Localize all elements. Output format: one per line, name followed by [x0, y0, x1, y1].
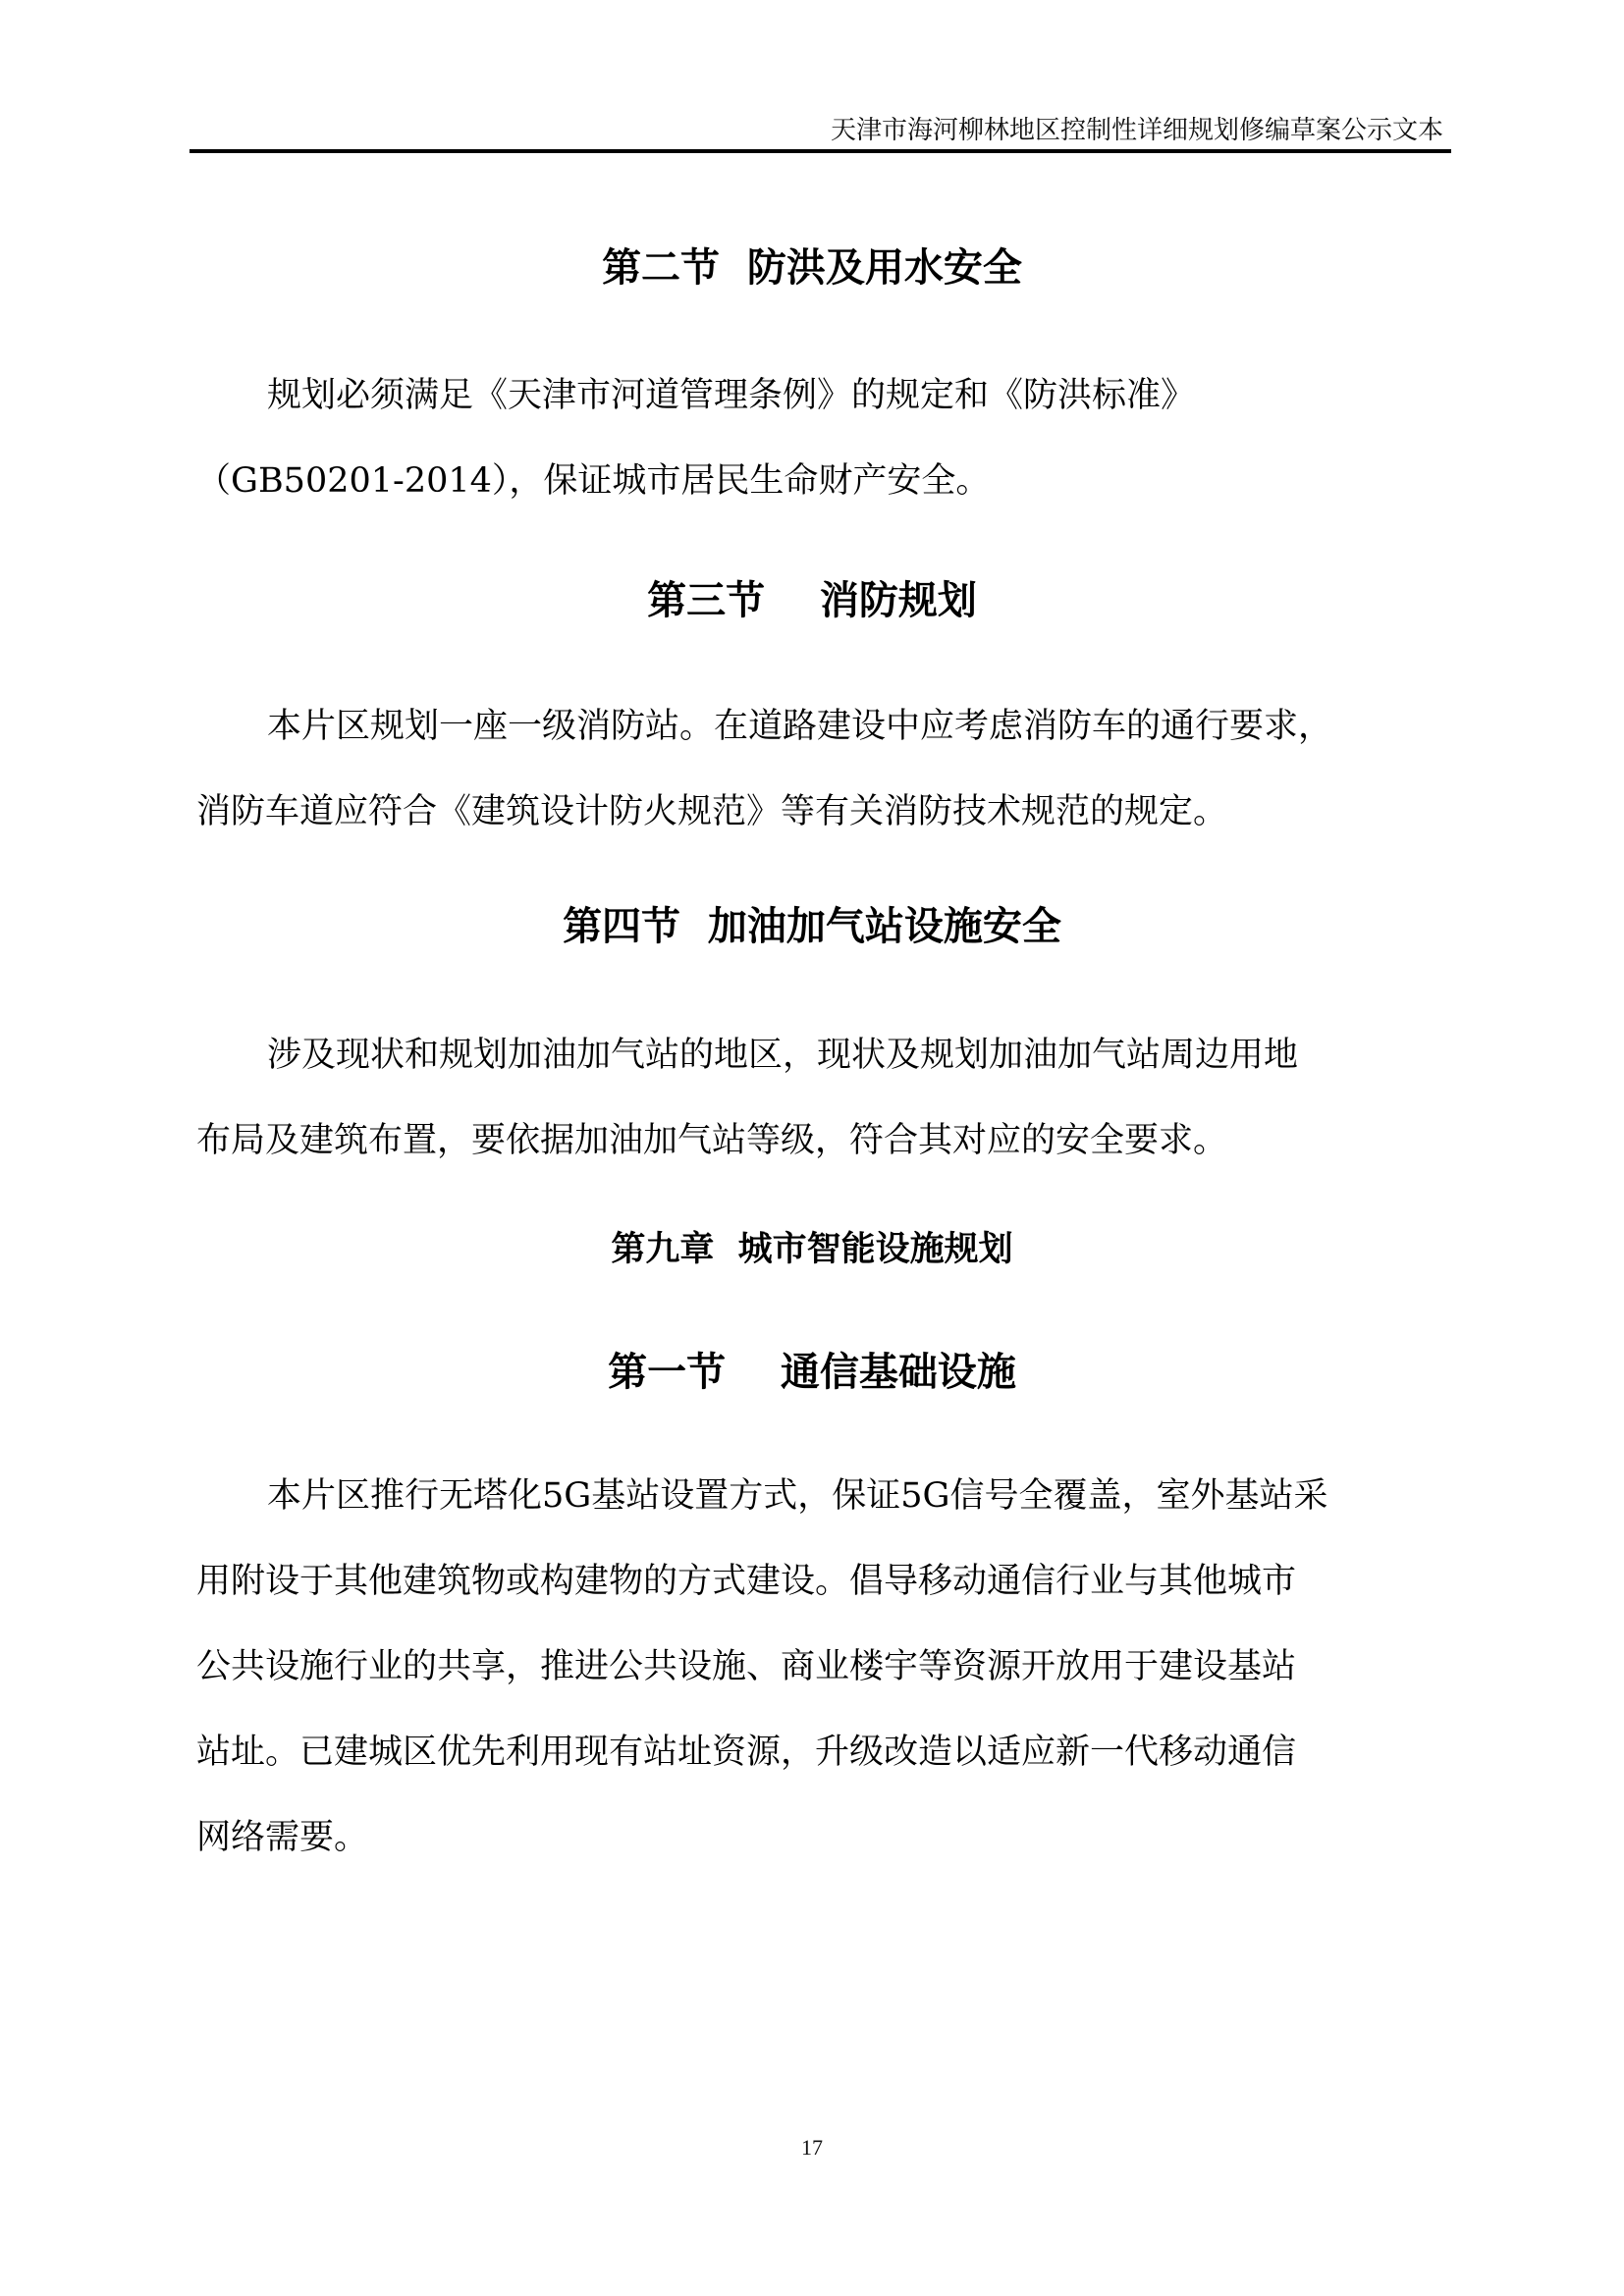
section-heading-telecom-infrastructure: 第一节 通信基础设施	[0, 1348, 1624, 1397]
paragraph-line: 规划必须满足《天津市河道管理条例》的规定和《防洪标准》	[196, 353, 1463, 439]
paragraph-line: 布局及建筑布置，要依据加油加气站等级，符合其对应的安全要求。	[196, 1098, 1463, 1184]
chapter-heading-smart-infrastructure: 第九章 城市智能设施规划	[0, 1228, 1624, 1271]
paragraph-line: 公共设施行业的共享，推进公共设施、商业楼宇等资源开放用于建设基站	[196, 1625, 1463, 1710]
paragraph-fire-planning: 本片区规划一座一级消防站。在道路建设中应考虑消防车的通行要求， 消防车道应符合《…	[196, 684, 1463, 855]
section-heading-fuel-station-safety: 第四节 加油加气站设施安全	[0, 902, 1624, 951]
document-title: 天津市海河柳林地区控制性详细规划修编草案公示文本	[831, 116, 1443, 145]
paragraph-line: 用附设于其他建筑物或构建物的方式建设。倡导移动通信行业与其他城市	[196, 1539, 1463, 1625]
paragraph-line: 站址。已建城区优先利用现有站址资源，升级改造以适应新一代移动通信	[196, 1710, 1463, 1795]
paragraph-flood-safety: 规划必须满足《天津市河道管理条例》的规定和《防洪标准》 （GB50201-201…	[196, 353, 1463, 524]
paragraph-line: 涉及现状和规划加油加气站的地区，现状及规划加油加气站周边用地	[196, 1013, 1463, 1098]
paragraph-line: 消防车道应符合《建筑设计防火规范》等有关消防技术规范的规定。	[196, 770, 1463, 855]
paragraph-line: （GB50201-2014），保证城市居民生命财产安全。	[196, 439, 1463, 524]
section-heading-fire-planning: 第三节 消防规划	[0, 576, 1624, 625]
paragraph-line: 网络需要。	[196, 1795, 1463, 1881]
paragraph-line: 本片区规划一座一级消防站。在道路建设中应考虑消防车的通行要求，	[196, 684, 1463, 770]
paragraph-fuel-station-safety: 涉及现状和规划加油加气站的地区，现状及规划加油加气站周边用地 布局及建筑布置，要…	[196, 1013, 1463, 1184]
header-rule	[189, 149, 1451, 153]
paragraph-line: 本片区推行无塔化5G基站设置方式，保证5G信号全覆盖，室外基站采	[196, 1454, 1463, 1539]
running-header: 天津市海河柳林地区控制性详细规划修编草案公示文本	[189, 110, 1451, 153]
page-number: 17	[0, 2136, 1624, 2160]
paragraph-telecom-infrastructure: 本片区推行无塔化5G基站设置方式，保证5G信号全覆盖，室外基站采 用附设于其他建…	[196, 1454, 1463, 1881]
section-heading-flood-safety: 第二节 防洪及用水安全	[0, 243, 1624, 293]
